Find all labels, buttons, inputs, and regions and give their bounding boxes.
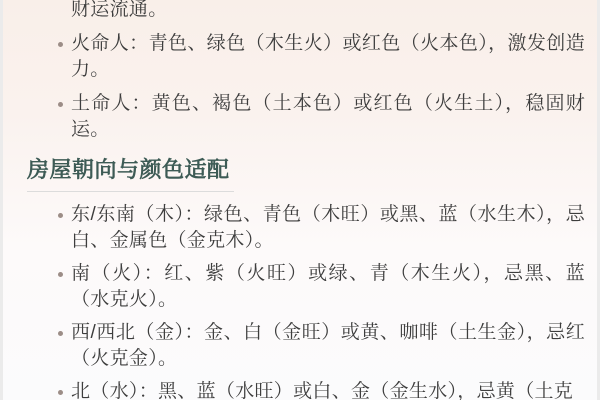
article-page: 财运流通。 火命人：青色、绿色（木生火）或红色（火本色），激发创造力。 土命人：… <box>0 0 600 400</box>
list-item-text: 土命人：黄色、褐色（土本色）或红色（火生土），稳固财运。 <box>71 93 585 140</box>
list-item-text: 南（火）：红、紫（火旺）或绿、青（木生火），忌黑、蓝（水克火）。 <box>71 263 585 310</box>
bullet-icon <box>58 331 63 336</box>
element-fortune-list: 火命人：青色、绿色（木生火）或红色（火本色），激发创造力。 土命人：黄色、褐色（… <box>27 31 585 143</box>
list-item: 东/东南（木）：绿色、青色（木旺）或黑、蓝（水生木），忌白、金属色（金克木）。 <box>27 202 585 254</box>
list-item: 南（火）：红、紫（火旺）或绿、青（木生火），忌黑、蓝（水克火）。 <box>27 261 585 313</box>
bullet-icon <box>58 272 63 277</box>
list-item: 西/西北（金）：金、白（金旺）或黄、咖啡（土生金），忌红（火克金）。 <box>27 320 585 372</box>
bullet-icon <box>58 213 63 218</box>
article-card: 财运流通。 火命人：青色、绿色（木生火）或红色（火本色），激发创造力。 土命人：… <box>3 0 597 400</box>
bullet-icon <box>58 390 63 395</box>
section-heading: 房屋朝向与颜色适配 <box>27 157 234 192</box>
list-item-text: 东/东南（木）：绿色、青色（木旺）或黑、蓝（水生木），忌白、金属色（金克木）。 <box>71 204 585 251</box>
list-item: 火命人：青色、绿色（木生火）或红色（火本色），激发创造力。 <box>27 31 585 83</box>
list-item: 北（水）：黑、蓝（水旺）或白、金（金生水），忌黄（土克 <box>27 379 585 400</box>
bullet-icon <box>58 42 63 47</box>
orientation-color-list: 东/东南（木）：绿色、青色（木旺）或黑、蓝（水生木），忌白、金属色（金克木）。 … <box>27 202 585 400</box>
list-item: 土命人：黄色、褐色（土本色）或红色（火生土），稳固财运。 <box>27 91 585 143</box>
list-item-text: 西/西北（金）：金、白（金旺）或黄、咖啡（土生金），忌红（火克金）。 <box>71 322 585 369</box>
article-content: 财运流通。 火命人：青色、绿色（木生火）或红色（火本色），激发创造力。 土命人：… <box>3 0 597 400</box>
bullet-icon <box>58 102 63 107</box>
bullet-continuation-text: 财运流通。 <box>27 0 585 23</box>
list-item-text: 北（水）：黑、蓝（水旺）或白、金（金生水），忌黄（土克 <box>71 381 573 400</box>
list-item-text: 火命人：青色、绿色（木生火）或红色（火本色），激发创造力。 <box>71 33 585 80</box>
